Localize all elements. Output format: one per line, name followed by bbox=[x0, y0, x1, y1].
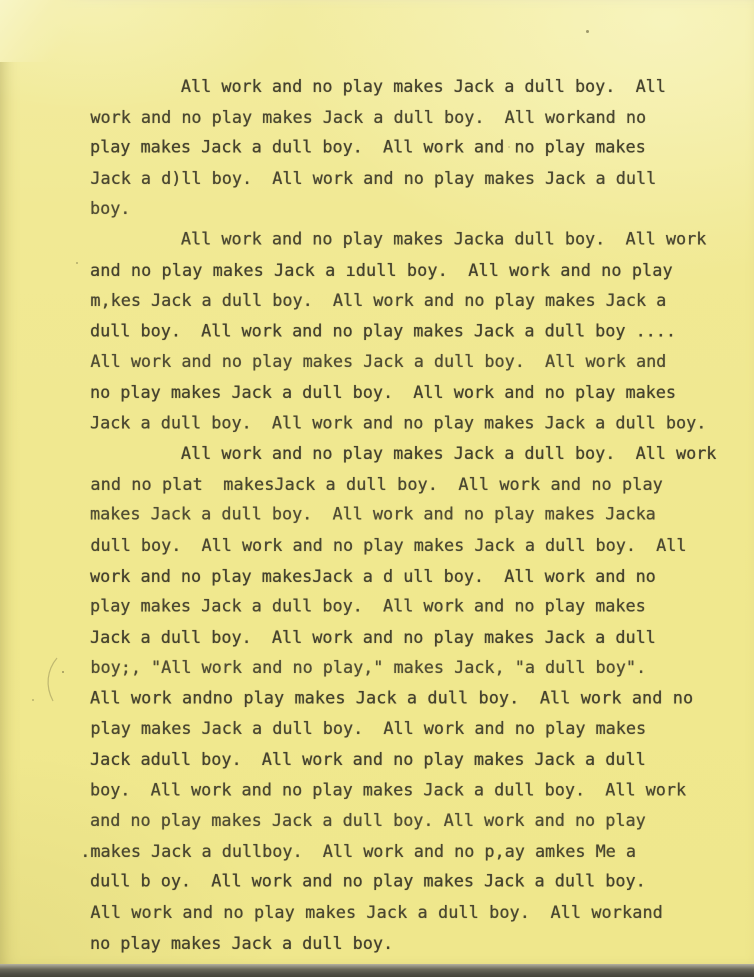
typed-line: Jack adull boy. All work and no play mak… bbox=[90, 744, 754, 775]
typed-line: no play makes Jack a dull boy. All work … bbox=[90, 377, 754, 408]
typed-line: All work andno play makes Jack a dull bo… bbox=[90, 683, 754, 714]
typed-line: All work and no play makes Jack a dull b… bbox=[90, 346, 754, 377]
typed-line: dull boy. All work and no play makes Jac… bbox=[90, 315, 754, 346]
typed-line: .makes Jack a dullboy. All work and no p… bbox=[80, 836, 754, 867]
typed-line: Jack a dull boy. All work and no play ma… bbox=[90, 407, 754, 438]
typed-line: m,kes Jack a dull boy. All work and no p… bbox=[90, 285, 754, 316]
typed-line: Jack a dull boy. All work and no play ma… bbox=[90, 622, 754, 653]
typed-line: play makes Jack a dull boy. All work and… bbox=[90, 591, 754, 622]
typed-line: Jack a d)ll boy. All work and no play ma… bbox=[90, 163, 754, 194]
typed-text-block: All work and no play makes Jack a dull b… bbox=[0, 0, 754, 958]
typed-line: boy. All work and no play makes Jack a d… bbox=[90, 774, 754, 805]
typed-line: play makes Jack a dull boy. All work and… bbox=[90, 713, 754, 744]
typewritten-page: All work and no play makes Jack a dull b… bbox=[0, 0, 754, 964]
typed-line: boy;, "All work and no play," makes Jack… bbox=[90, 652, 754, 683]
typed-line: All work and no play makes Jack a dull b… bbox=[90, 438, 754, 469]
typed-line: no play makes Jack a dull boy. bbox=[90, 928, 754, 959]
typed-line: work and no play makesJack a d ull boy. … bbox=[90, 561, 754, 592]
typed-line: work and no play makes Jack a dull boy. … bbox=[90, 102, 754, 133]
typed-line: All work and no play makes Jack a dull b… bbox=[90, 71, 754, 102]
typed-line: and no plat makesJack a dull boy. All wo… bbox=[90, 469, 754, 500]
typed-line: All work and no play makes Jacka dull bo… bbox=[90, 224, 754, 255]
typed-line: dull b oy. All work and no play makes Ja… bbox=[90, 866, 754, 897]
typed-line: boy. bbox=[90, 193, 754, 224]
typed-line: and no play makes Jack a dull boy. All w… bbox=[90, 805, 754, 836]
page-bottom-edge-shadow bbox=[0, 964, 754, 977]
typed-line: dull boy. All work and no play makes Jac… bbox=[90, 530, 754, 561]
typed-line: and no play makes Jack a ıdull boy. All … bbox=[90, 255, 754, 286]
typed-line: All work and no play makes Jack a dull b… bbox=[90, 897, 754, 928]
typed-line: makes Jack a dull boy. All work and no p… bbox=[90, 499, 754, 530]
typed-line: play makes Jack a dull boy. All work and… bbox=[90, 132, 754, 163]
